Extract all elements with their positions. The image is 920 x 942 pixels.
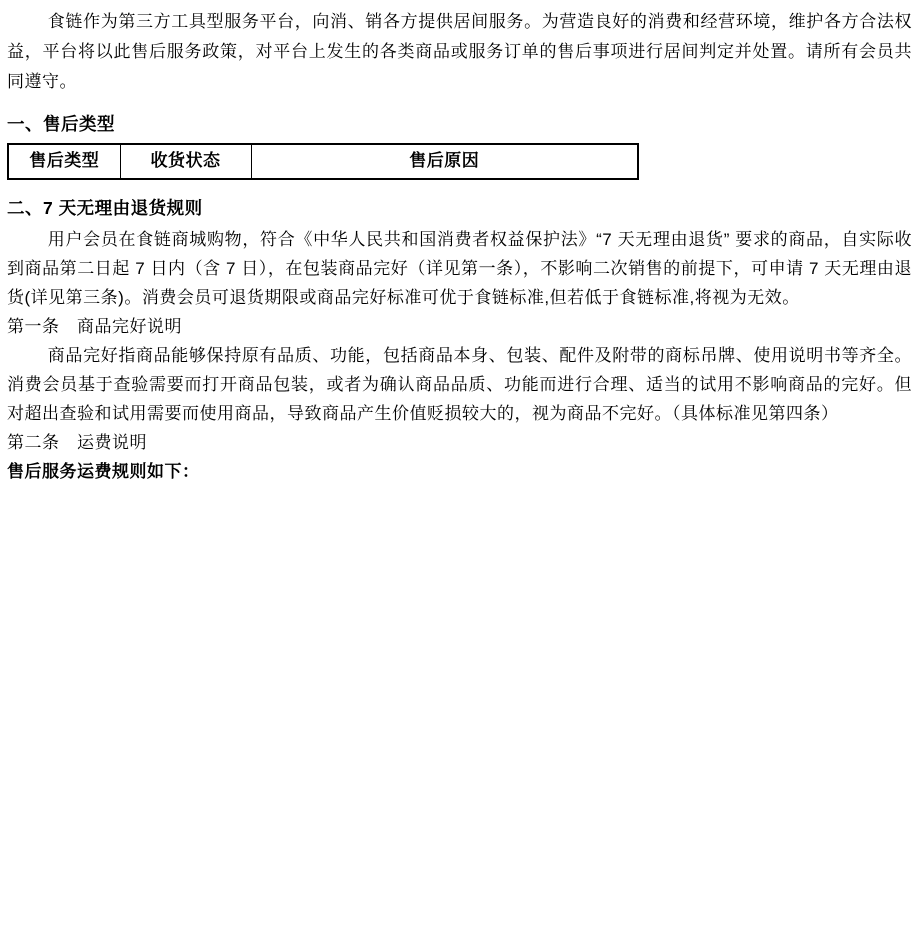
table-header-cell: 售后类型 <box>8 144 120 179</box>
intro-paragraph: 食链作为第三方工具型服务平台，向消、销各方提供居间服务。为营造良好的消费和经营环… <box>7 7 912 97</box>
document-paragraph: 用户会员在食链商城购物，符合《中华人民共和国消费者权益保护法》“7 天无理由退货… <box>7 225 912 312</box>
document-paragraph: 商品完好指商品能够保持原有品质、功能，包括商品本身、包装、配件及附带的商标吊牌、… <box>7 341 912 428</box>
section2-paragraphs: 用户会员在食链商城购物，符合《中华人民共和国消费者权益保护法》“7 天无理由退货… <box>7 225 912 486</box>
table-header-cell: 收货状态 <box>120 144 251 179</box>
document-paragraph: 第二条 运费说明 <box>7 428 912 457</box>
section2-heading: 二、7 天无理由退货规则 <box>7 199 912 218</box>
document-page: 食链作为第三方工具型服务平台，向消、销各方提供居间服务。为营造良好的消费和经营环… <box>0 0 920 486</box>
document-paragraph: 售后服务运费规则如下： <box>7 457 912 486</box>
document-paragraph: 第一条 商品完好说明 <box>7 312 912 341</box>
aftersales-table: 售后类型收货状态售后原因 <box>7 143 639 180</box>
aftersales-table-head: 售后类型收货状态售后原因 <box>8 144 638 179</box>
section1-heading: 一、售后类型 <box>7 115 912 134</box>
table-header-row: 售后类型收货状态售后原因 <box>8 144 638 179</box>
table-header-cell: 售后原因 <box>251 144 638 179</box>
